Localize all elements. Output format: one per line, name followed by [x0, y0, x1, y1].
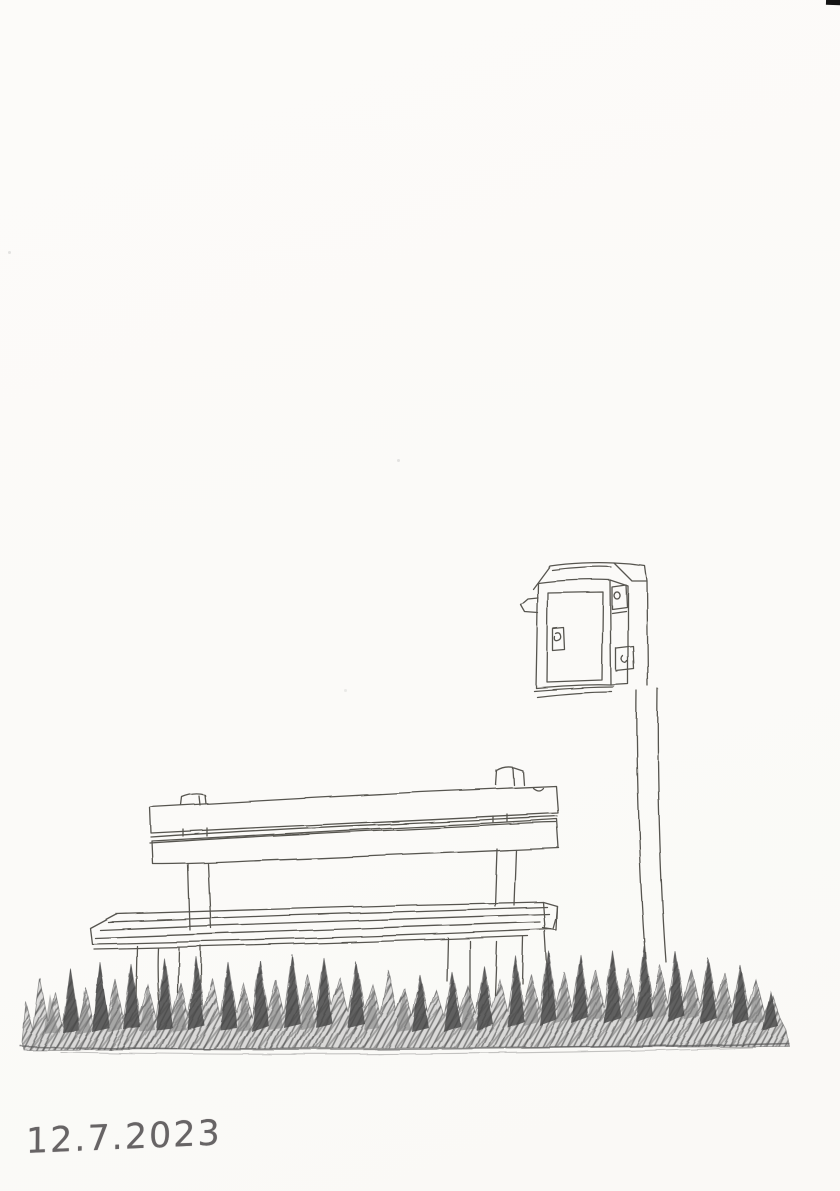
scan-artifact-mark [826, 0, 840, 5]
box-bottom-edge [534, 687, 614, 697]
box-side-fitting-top [612, 585, 627, 613]
paper-speck [344, 689, 347, 692]
box-left-tab [521, 598, 538, 613]
pole-line-left [637, 691, 646, 959]
grass-strip-sketch [20, 946, 789, 1054]
box-roof [533, 563, 614, 589]
bench-left-post-top [181, 794, 206, 805]
bench-top-edge-notch [533, 788, 543, 791]
sketchbook-page: 12.7.2023 [0, 0, 840, 1191]
handwritten-date: 12.7.2023 [26, 1113, 222, 1162]
pole-line-right [647, 581, 666, 962]
paper-speck [397, 459, 400, 462]
paper-speck [8, 251, 11, 254]
pole-top-cap [614, 563, 647, 581]
box-side-panel [610, 580, 628, 685]
bench-right-post-top [496, 767, 524, 785]
box-door-latch [553, 628, 565, 651]
box-side-fitting-bottom [616, 646, 634, 671]
sketch-canvas [0, 0, 840, 1191]
bench-seat-right-endcap [543, 902, 557, 930]
